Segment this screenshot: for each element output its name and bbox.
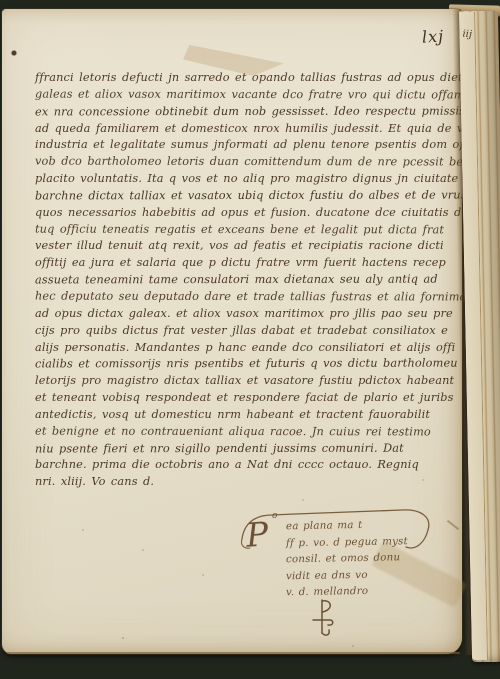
note-line: ea plana ma t [286, 518, 436, 537]
manuscript-line: ex nra concessione obtinebit dum nob ges… [35, 104, 453, 122]
manuscript-line: cialibs et comissorijs nris psentibs et … [35, 357, 453, 375]
manuscript-line: assueta teneamini tame consulatori max d… [35, 273, 453, 291]
manuscript-line: barchne. prima die octobris ano a Nat dn… [35, 458, 453, 475]
folio-number: lxj [422, 26, 445, 46]
manuscript-line: tuq officiu teneatis regatis et exceans … [35, 222, 453, 240]
note-initial-superscript: o [272, 511, 277, 521]
wormhole-mark [11, 50, 17, 56]
manuscript-line: quos necessarios habebitis ad opus et fu… [35, 206, 453, 223]
note-line: consil. et omos donu [286, 551, 436, 570]
note-lines: ea plana ma tff p. vo. d pegua mystconsi… [286, 519, 436, 602]
adjacent-page-mark: iij [462, 29, 472, 41]
manuscript-line: niu psente fieri et nro sigillo pendenti… [35, 441, 453, 459]
manuscript-line: alijs personatis. Mandantes p hanc eande… [35, 341, 453, 358]
manuscript-line: barchne dictax talliax et vasatox ubiq d… [35, 188, 453, 206]
notarial-paraph-icon [310, 597, 336, 639]
manuscript-line: industria et legalitate sumus jnformati … [35, 138, 453, 155]
note-line: v. d. mellandro [286, 584, 436, 603]
manuscript-photo: lxj ffranci letoris defucti jn sarredo e… [0, 0, 500, 679]
chancery-note: P o ea plana ma tff p. vo. d pegua mystc… [238, 505, 444, 645]
manuscript-line: vob dco bartholomeo letoris duan comitte… [35, 155, 453, 173]
manuscript-line: letorijs pro magistro dictax talliax et … [35, 374, 453, 391]
manuscript-line: hec deputato seu deputado dare et trade … [35, 290, 453, 308]
manuscript-line: et benigne et no contraueniant aliqua ra… [35, 424, 453, 442]
manuscript-line: ffranci letoris defucti jn sarredo et op… [35, 71, 453, 88]
manuscript-line: offitij ea jura et salaria que p dictu f… [35, 256, 453, 273]
manuscript-page: lxj ffranci letoris defucti jn sarredo e… [2, 9, 462, 654]
manuscript-line: galeas et aliox vasox maritimox vacante … [35, 87, 453, 105]
manuscript-line: vester illud tenuit atq rexit, vos ad fe… [35, 239, 453, 256]
manuscript-line: ad queda familiarem et domesticox nrox h… [35, 122, 453, 139]
manuscript-text-block: ffranci letoris defucti jn sarredo et op… [35, 71, 453, 492]
manuscript-line: cijs pro quibs dictus frat vester jllas … [35, 324, 453, 341]
manuscript-line: et teneant vobisq respondeat et responde… [35, 391, 453, 408]
foxing-spots [2, 9, 4, 11]
manuscript-line: placito voluntatis. Ita q vos et no aliq… [35, 172, 453, 189]
note-initial-letter: P [245, 517, 269, 551]
manuscript-line: antedictis, vosq ut domesticu nrm habean… [35, 408, 453, 425]
pen-slip-mark [447, 520, 459, 530]
manuscript-line: ad opus dictax galeax. et aliox vasox ma… [35, 307, 453, 324]
manuscript-line: nri. xliij. Vo cans d. [35, 475, 453, 492]
